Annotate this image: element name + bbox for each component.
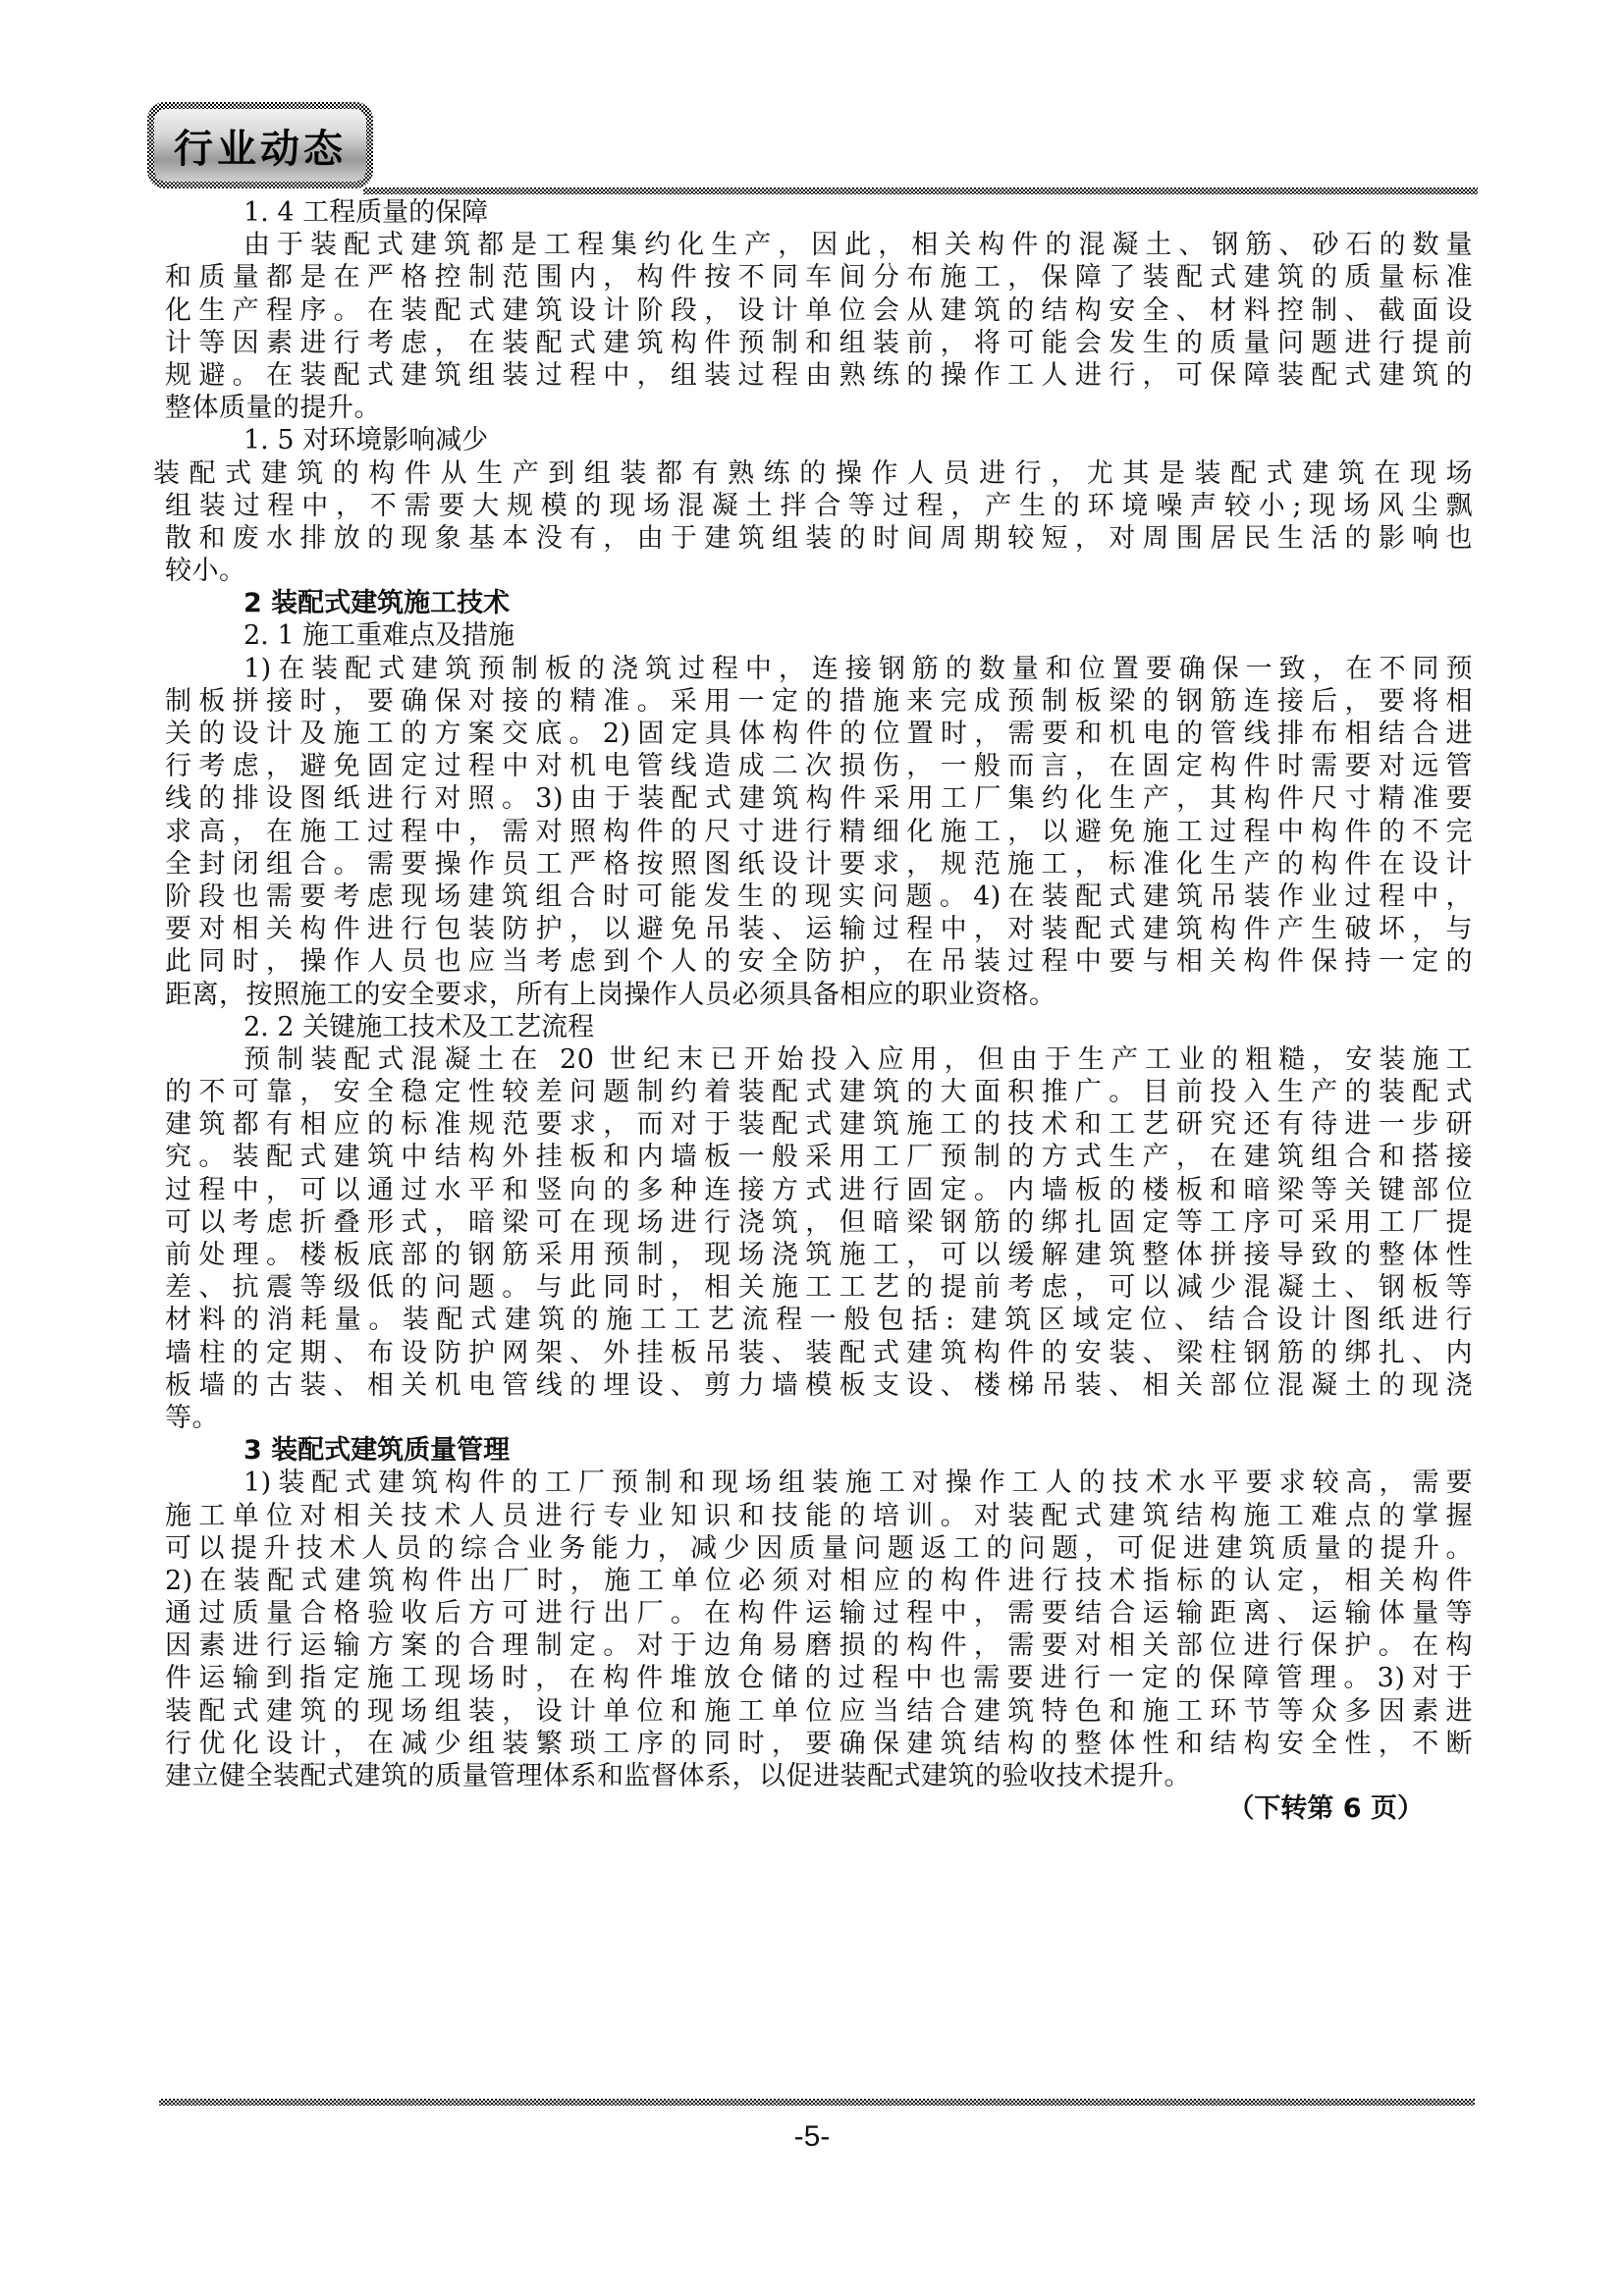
continued-note: （下转第 6 页） bbox=[165, 1792, 1473, 1825]
paragraph-line: 施工单位对相关技术人员进行专业知识和技能的培训。对装配式建筑结构施工难点的掌握 bbox=[165, 1500, 1473, 1532]
paragraph-line: 材料的消耗量。装配式建筑的施工工艺流程一般包括: 建筑区域定位、结合设计图纸进行 bbox=[165, 1304, 1473, 1336]
paragraph-line: 建筑都有相应的标准规范要求，而对于装配式建筑施工的技术和工艺研究还有待进一步研 bbox=[165, 1108, 1473, 1141]
section-banner-inner: 行业动态 bbox=[154, 109, 366, 182]
subsection-heading-2-1: 2. 1 施工重难点及措施 bbox=[165, 619, 1473, 652]
section-heading-2: 2 装配式建筑施工技术 bbox=[165, 587, 1473, 619]
paragraph-line: 散和废水排放的现象基本没有，由于建筑组装的时间周期较短，对周围居民生活的影响也 bbox=[165, 522, 1473, 555]
paragraph-line: 通过质量合格验收后方可进行出厂。在构件运输过程中，需要结合运输距离、运输体量等 bbox=[165, 1597, 1473, 1629]
subsection-heading-1-5: 1. 5 对环境影响减少 bbox=[165, 424, 1473, 456]
paragraph-line: 规避。在装配式建筑组装过程中，组装过程由熟练的操作工人进行，可保障装配式建筑的 bbox=[165, 359, 1473, 392]
paragraph-line: 组装过程中，不需要大规模的现场混凝土拌合等过程，产生的环境噪声较小;现场风尘飘 bbox=[165, 490, 1473, 522]
paragraph-line: 究。装配式建筑中结构外挂板和内墙板一般采用工厂预制的方式生产，在建筑组合和搭接 bbox=[165, 1141, 1473, 1173]
header-divider bbox=[363, 187, 1478, 194]
paragraph-line: 化生产程序。在装配式建筑设计阶段，设计单位会从建筑的结构安全、材料控制、截面设 bbox=[165, 294, 1473, 327]
paragraph-line: 预制装配式混凝土在 20 世纪末已开始投入应用，但由于生产工业的粗糙，安装施工 bbox=[165, 1043, 1473, 1076]
paragraph-line: 关的设计及施工的方案交底。2)固定具体构件的位置时，需要和机电的管线排布相结合进 bbox=[165, 718, 1473, 750]
footer-divider bbox=[159, 2099, 1475, 2106]
paragraph-line: 件运输到指定施工现场时，在构件堆放仓储的过程中也需要进行一定的保障管理。3)对于 bbox=[165, 1662, 1473, 1694]
paragraph-line: 因素进行运输方案的合理制定。对于边角易磨损的构件，需要对相关部位进行保护。在构 bbox=[165, 1629, 1473, 1662]
article-body: 1. 4 工程质量的保障 由于装配式建筑都是工程集约化生产，因此，相关构件的混凝… bbox=[165, 196, 1473, 1825]
paragraph-line: 的不可靠，安全稳定性较差问题制约着装配式建筑的大面积推广。目前投入生产的装配式 bbox=[165, 1076, 1473, 1108]
paragraph-line: 板墙的古装、相关机电管线的埋设、剪力墙模板支设、楼梯吊装、相关部位混凝土的现浇 bbox=[165, 1369, 1473, 1402]
paragraph-line: 较小。 bbox=[165, 555, 1473, 587]
page-number: -5- bbox=[0, 2120, 1624, 2154]
paragraph-line: 建立健全装配式建筑的质量管理体系和监督体系，以促进装配式建筑的验收技术提升。 bbox=[165, 1760, 1473, 1792]
paragraph-line: 1)装配式建筑构件的工厂预制和现场组装施工对操作工人的技术水平要求较高，需要 bbox=[165, 1467, 1473, 1499]
paragraph-line: 距离，按照施工的安全要求，所有上岗操作人员必须具备相应的职业资格。 bbox=[165, 979, 1473, 1011]
paragraph-line: 要对相关构件进行包装防护，以避免吊装、运输过程中，对装配式建筑构件产生破坏，与 bbox=[165, 913, 1473, 945]
paragraph-line: 前处理。楼板底部的钢筋采用预制，现场浇筑施工，可以缓解建筑整体拼接导致的整体性 bbox=[165, 1239, 1473, 1271]
paragraph-line: 可以考虑折叠形式，暗梁可在现场进行浇筑，但暗梁钢筋的绑扎固定等工序可采用工厂提 bbox=[165, 1206, 1473, 1239]
paragraph-line: 阶段也需要考虑现场建筑组合时可能发生的现实问题。4)在装配式建筑吊装作业过程中， bbox=[165, 881, 1473, 913]
paragraph-line: 此同时，操作人员也应当考虑到个人的安全防护，在吊装过程中要与相关构件保持一定的 bbox=[165, 945, 1473, 978]
paragraph-line: 行考虑，避免固定过程中对机电管线造成二次损伤，一般而言，在固定构件时需要对远管 bbox=[165, 750, 1473, 782]
paragraph-line: 线的排设图纸进行对照。3)由于装配式建筑构件采用工厂集约化生产，其构件尺寸精准要 bbox=[165, 782, 1473, 815]
paragraph-line: 计等因素进行考虑，在装配式建筑构件预制和组装前，将可能会发生的质量问题进行提前 bbox=[165, 327, 1473, 359]
subsection-heading-1-4: 1. 4 工程质量的保障 bbox=[165, 196, 1473, 229]
paragraph-line: 整体质量的提升。 bbox=[165, 392, 1473, 424]
paragraph-line: 等。 bbox=[165, 1402, 1473, 1434]
paragraph-line: 由于装配式建筑都是工程集约化生产，因此，相关构件的混凝土、钢筋、砂石的数量 bbox=[165, 229, 1473, 261]
paragraph-line: 装配式建筑的现场组装，设计单位和施工单位应当结合建筑特色和施工环节等众多因素进 bbox=[165, 1695, 1473, 1728]
paragraph-line: 墙柱的定期、布设防护网架、外挂板吊装、装配式建筑构件的安装、梁柱钢筋的绑扎、内 bbox=[165, 1337, 1473, 1369]
paragraph-line: 可以提升技术人员的综合业务能力，减少因质量问题返工的问题，可促进建筑质量的提升。 bbox=[165, 1532, 1473, 1565]
paragraph-line: 装配式建筑的构件从生产到组装都有熟练的操作人员进行，尤其是装配式建筑在现场 bbox=[153, 457, 1473, 490]
subsection-heading-2-2: 2. 2 关键施工技术及工艺流程 bbox=[165, 1011, 1473, 1043]
paragraph-line: 求高，在施工过程中，需对照构件的尺寸进行精细化施工，以避免施工过程中构件的不完 bbox=[165, 816, 1473, 848]
paragraph-line: 行优化设计，在减少组装繁琐工序的同时，要确保建筑结构的整体性和结构安全性，不断 bbox=[165, 1728, 1473, 1760]
paragraph-line: 制板拼接时，要确保对接的精准。采用一定的措施来完成预制板梁的钢筋连接后，要将相 bbox=[165, 685, 1473, 718]
paragraph-line: 1)在装配式建筑预制板的浇筑过程中，连接钢筋的数量和位置要确保一致，在不同预 bbox=[165, 653, 1473, 685]
section-title: 行业动态 bbox=[174, 118, 347, 174]
paragraph-line: 过程中，可以通过水平和竖向的多种连接方式进行固定。内墙板的楼板和暗梁等关键部位 bbox=[165, 1174, 1473, 1206]
paragraph-line: 全封闭组合。需要操作员工严格按照图纸设计要求，规范施工，标准化生产的构件在设计 bbox=[165, 848, 1473, 881]
section-heading-3: 3 装配式建筑质量管理 bbox=[165, 1434, 1473, 1467]
paragraph-line: 2)在装配式建筑构件出厂时，施工单位必须对相应的构件进行技术指标的认定，相关构件 bbox=[165, 1565, 1473, 1597]
section-banner: 行业动态 bbox=[147, 102, 373, 188]
paragraph-line: 差、抗震等级低的问题。与此同时，相关施工工艺的提前考虑，可以减少混凝土、钢板等 bbox=[165, 1271, 1473, 1304]
paragraph-line: 和质量都是在严格控制范围内，构件按不同车间分布施工，保障了装配式建筑的质量标准 bbox=[165, 261, 1473, 294]
